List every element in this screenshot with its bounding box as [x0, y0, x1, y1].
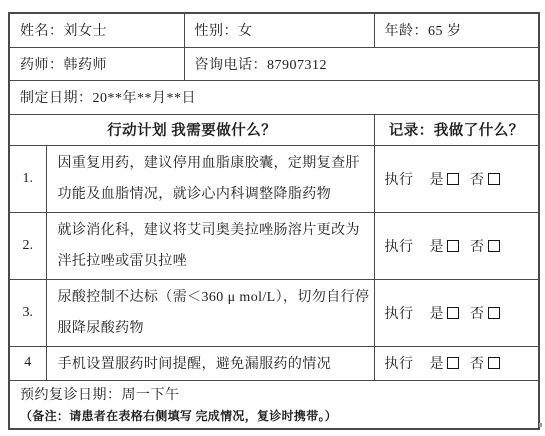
record-cell: 执行是否	[374, 346, 539, 380]
yes-label: 是	[430, 307, 445, 322]
plan-item-row: 1. 因重复用药，建议停用血脂康胶囊，定期复查肝功能及血脂情况，就诊心内科调整降…	[9, 145, 539, 212]
exec-label: 执行	[385, 357, 414, 372]
action-plan-form-table: 姓名：刘女士 性别：女 年龄：65 岁 药师：韩药师 咨询电话：87907312…	[8, 12, 540, 430]
phone-value: 87907312	[267, 58, 327, 73]
date-label: 制定日期：	[20, 91, 93, 106]
yes-checkbox[interactable]	[447, 307, 459, 319]
no-checkbox[interactable]	[488, 357, 500, 369]
no-label: 否	[470, 173, 485, 188]
date-row: 制定日期：20**年**月**日	[9, 80, 539, 114]
note-line: （备注：请患者在表格右侧填写 完成情况，复诊时携带。）	[20, 407, 534, 426]
age-cell: 年龄：65 岁	[374, 13, 539, 47]
item-number: 4	[9, 346, 46, 380]
gender-cell: 性别：女	[184, 13, 374, 47]
exec-label: 执行	[385, 240, 414, 255]
plan-header-left: 行动计划 我需要做什么？	[9, 114, 374, 145]
plan-item-row: 4 手机设置服药时间提醒，避免漏服药的情况 执行是否	[9, 346, 539, 380]
age-label: 年龄：	[385, 24, 429, 39]
pharmacist-value: 韩药师	[64, 58, 108, 73]
name-label: 姓名：	[20, 24, 64, 39]
record-cell: 执行是否	[374, 145, 539, 212]
gender-label: 性别：	[195, 24, 239, 39]
no-checkbox[interactable]	[488, 173, 500, 185]
yes-checkbox[interactable]	[447, 357, 459, 369]
age-value: 65 岁	[428, 24, 462, 39]
footer-row: 预约复诊日期：周一下午 （备注：请患者在表格右侧填写 完成情况，复诊时携带。）	[9, 380, 539, 429]
pharmacist-label: 药师：	[20, 58, 64, 73]
yes-label: 是	[430, 173, 445, 188]
item-text: 因重复用药，建议停用血脂康胶囊，定期复查肝功能及血脂情况，就诊心内科调整降脂药物	[46, 145, 374, 212]
yes-label: 是	[430, 357, 445, 372]
scan-artifact-dot	[539, 423, 542, 427]
footer-cell: 预约复诊日期：周一下午 （备注：请患者在表格右侧填写 完成情况，复诊时携带。）	[9, 380, 539, 429]
plan-header-row: 行动计划 我需要做什么？ 记录：我做了什么？	[9, 114, 539, 145]
name-cell: 姓名：刘女士	[9, 13, 184, 47]
yes-checkbox[interactable]	[447, 173, 459, 185]
phone-label: 咨询电话：	[195, 58, 268, 73]
exec-label: 执行	[385, 307, 414, 322]
item-number: 2.	[9, 212, 46, 279]
no-label: 否	[470, 357, 485, 372]
patient-info-row: 姓名：刘女士 性别：女 年龄：65 岁	[9, 13, 539, 47]
record-cell: 执行是否	[374, 212, 539, 279]
name-value: 刘女士	[64, 24, 108, 39]
date-cell: 制定日期：20**年**月**日	[9, 80, 539, 114]
appointment-label: 预约复诊日期：	[20, 388, 122, 403]
document-page: 姓名：刘女士 性别：女 年龄：65 岁 药师：韩药师 咨询电话：87907312…	[0, 0, 545, 436]
no-label: 否	[470, 240, 485, 255]
plan-item-row: 3. 尿酸控制不达标（需＜360 μ mol/L），切勿自行停服降尿酸药物 执行…	[9, 279, 539, 346]
date-value: 20**年**月**日	[93, 91, 197, 106]
appointment-line: 预约复诊日期：周一下午	[20, 384, 534, 407]
item-text: 就诊消化科，建议将艾司奥美拉唑肠溶片更改为泮托拉唑或雷贝拉唑	[46, 212, 374, 279]
pharmacist-info-row: 药师：韩药师 咨询电话：87907312	[9, 47, 539, 80]
exec-label: 执行	[385, 173, 414, 188]
plan-header-right: 记录：我做了什么？	[374, 114, 539, 145]
yes-label: 是	[430, 240, 445, 255]
plan-item-row: 2. 就诊消化科，建议将艾司奥美拉唑肠溶片更改为泮托拉唑或雷贝拉唑 执行是否	[9, 212, 539, 279]
item-text: 手机设置服药时间提醒，避免漏服药的情况	[46, 346, 374, 380]
phone-cell: 咨询电话：87907312	[184, 47, 539, 80]
no-checkbox[interactable]	[488, 240, 500, 252]
record-cell: 执行是否	[374, 279, 539, 346]
gender-value: 女	[238, 24, 253, 39]
pharmacist-cell: 药师：韩药师	[9, 47, 184, 80]
item-text: 尿酸控制不达标（需＜360 μ mol/L），切勿自行停服降尿酸药物	[46, 279, 374, 346]
no-checkbox[interactable]	[488, 307, 500, 319]
no-label: 否	[470, 307, 485, 322]
yes-checkbox[interactable]	[447, 240, 459, 252]
item-number: 3.	[9, 279, 46, 346]
item-number: 1.	[9, 145, 46, 212]
appointment-value: 周一下午	[122, 388, 180, 403]
